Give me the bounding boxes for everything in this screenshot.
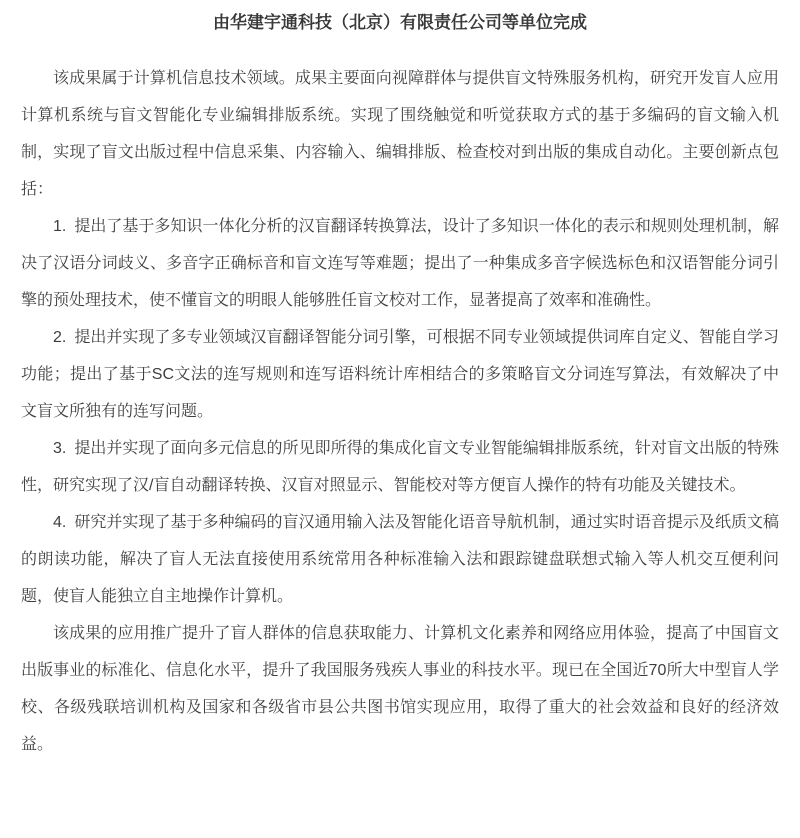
document-title: 由华建宇通科技（北京）有限责任公司等单位完成 <box>21 12 779 34</box>
paragraph-intro: 该成果属于计算机信息技术领域。成果主要面向视障群体与提供盲文特殊服务机构，研究开… <box>21 60 779 208</box>
paragraph-innovation-3: 3. 提出并实现了面向多元信息的所见即所得的集成化盲文专业智能编辑排版系统，针对… <box>21 430 779 504</box>
paragraph-impact: 该成果的应用推广提升了盲人群体的信息获取能力、计算机文化素养和网络应用体验，提高… <box>21 615 779 763</box>
document-page: 由华建宇通科技（北京）有限责任公司等单位完成 该成果属于计算机信息技术领域。成果… <box>0 0 800 763</box>
document-body: 该成果属于计算机信息技术领域。成果主要面向视障群体与提供盲文特殊服务机构，研究开… <box>21 60 779 763</box>
paragraph-innovation-1: 1. 提出了基于多知识一体化分析的汉盲翻译转换算法，设计了多知识一体化的表示和规… <box>21 208 779 319</box>
paragraph-innovation-4: 4. 研究并实现了基于多种编码的盲汉通用输入法及智能化语音导航机制，通过实时语音… <box>21 504 779 615</box>
paragraph-innovation-2: 2. 提出并实现了多专业领域汉盲翻译智能分词引擎，可根据不同专业领域提供词库自定… <box>21 319 779 430</box>
